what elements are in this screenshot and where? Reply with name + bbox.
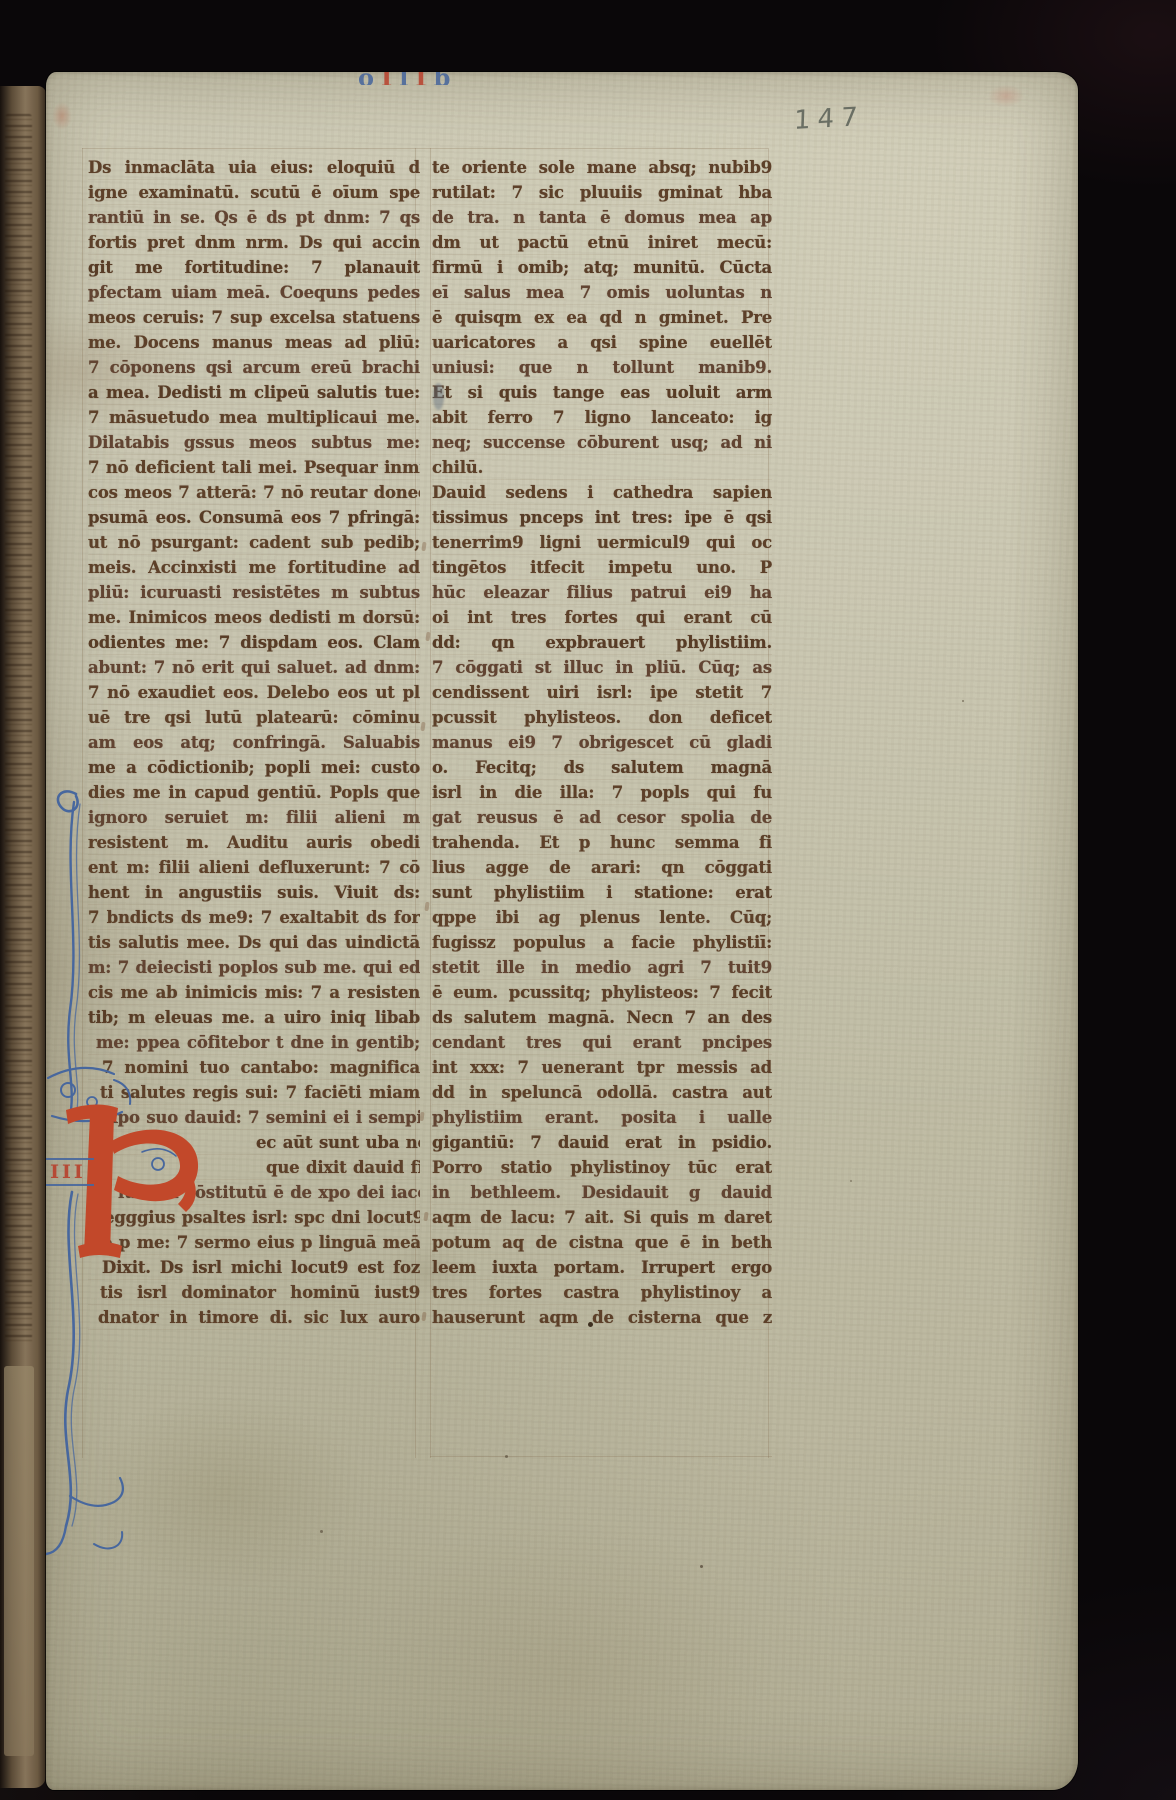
manuscript-text-line: oi int tres fortes qui erant cū (432, 605, 772, 630)
ruling-line (430, 1456, 772, 1457)
manuscript-text-line: tis salutis mee. Ds qui das uindictā (88, 930, 420, 955)
manuscript-text-line: Dixit. Ds isrl michi locut9 est foz (88, 1255, 420, 1280)
manuscript-text-line: phylistiim erant. posita i ualle (432, 1105, 772, 1130)
running-title-letter: o (358, 72, 381, 85)
manuscript-text-line: 7 nō exaudiet eos. Delebo eos ut pl (88, 680, 420, 705)
offset-mark (424, 902, 429, 911)
manuscript-text-line: lius agge de arari: qn cōggati (432, 855, 772, 880)
book-fore-edge (0, 86, 46, 1788)
manuscript-text-line: ec aūt sunt uba nouissima a (88, 1130, 420, 1155)
manuscript-text-line: odientes me: 7 dispdam eos. Clam (88, 630, 420, 655)
speck (320, 1530, 323, 1533)
manuscript-text-line: xpo suo dauid: 7 semini ei i sempit. (88, 1105, 420, 1130)
manuscript-text-line: pliū: icuruasti resistētes m subtus (88, 580, 420, 605)
manuscript-text-line: dd in speluncā odollā. castra aut (432, 1080, 772, 1105)
manuscript-text-line: hent in angustiis suis. Viuit ds: (88, 880, 420, 905)
offset-mark (419, 1112, 424, 1121)
manuscript-text-line: trahenda. Et p hunc semma fi (432, 830, 772, 855)
manuscript-text-line: me: ppea cōfitebor t dne in gentib; (88, 1030, 420, 1055)
manuscript-text-line: psumā eos. Consumā eos 7 pfringā: (88, 505, 420, 530)
manuscript-text-line: uaricatores a qsi spine euellēt (432, 330, 772, 355)
manuscript-text-line: me a cōdictionib; popli mei: custo (88, 755, 420, 780)
manuscript-text-line: iur cui cōstitutū ē de xpo dei iacob: (88, 1180, 420, 1205)
manuscript-text-line: eī salus mea 7 omis uoluntas n (432, 280, 772, 305)
manuscript-text-line: sunt phylistiim i statione: erat (432, 880, 772, 905)
manuscript-text-line: 7 nō deficient tali mei. Psequar inmi (88, 455, 420, 480)
manuscript-text-line: igne examinatū. scutū ē oīum spe (88, 180, 420, 205)
manuscript-text-line: neq; succense cōburent usq; ad ni (432, 430, 772, 455)
manuscript-text-line: resistent m. Auditu auris obedi (88, 830, 420, 855)
ruling-line (430, 148, 431, 1458)
manuscript-photo: oIlIb 147 Ds inmaclāta uia eius: eloquiū… (0, 0, 1176, 1800)
manuscript-text-line: tingētos itfecit impetu uno. P (432, 555, 772, 580)
manuscript-text-line: me. Inimicos meos dedisti m dorsū: (88, 605, 420, 630)
manuscript-text-line: Ds inmaclāta uia eius: eloquiū d (88, 155, 420, 180)
fore-edge-text-shadow (5, 114, 32, 1344)
manuscript-text-line: ē eum. pcussitq; phylisteos: 7 fecit (432, 980, 772, 1005)
fore-edge-blank (4, 1366, 34, 1756)
manuscript-text-line: rantiū in se. Qs ē ds pt dnm: 7 qs (88, 205, 420, 230)
manuscript-text-line: que dixit dauid fili9 ysai. Dix (88, 1155, 420, 1180)
manuscript-text-line: m: 7 deiecisti poplos sub me. qui edu (88, 955, 420, 980)
manuscript-text-line: ignoro seruiet m: filii alieni m (88, 805, 420, 830)
manuscript-text-line: pfectam uiam meā. Coequns pedes (88, 280, 420, 305)
manuscript-text-line: stetit ille in medio agri 7 tuit9 (432, 955, 772, 980)
parchment-page: oIlIb 147 Ds inmaclāta uia eius: eloquiū… (46, 72, 1078, 1790)
running-title-fragment: oIlIb (358, 72, 457, 85)
manuscript-text-line: rutilat: 7 sic pluuiis gminat hba (432, 180, 772, 205)
manuscript-text-line: cendant tres qui erant pncipes (432, 1030, 772, 1055)
manuscript-text-line: potum aq de cistna que ē in beth (432, 1230, 772, 1255)
manuscript-text-line: am eos atq; confringā. Saluabis (88, 730, 420, 755)
manuscript-text-line: firmū i omib; atq; munitū. Cūcta (432, 255, 772, 280)
manuscript-text-line: cis me ab inimicis mis: 7 a resisten (88, 980, 420, 1005)
manuscript-text-line: 7 cōggati st illuc in pliū. Cūq; as (432, 655, 772, 680)
manuscript-text-line: ti salutes regis sui: 7 faciēti miam (88, 1080, 420, 1105)
manuscript-text-line: aqm de lacu: 7 ait. Si quis m daret (432, 1205, 772, 1230)
folio-number: 147 (794, 102, 866, 136)
manuscript-text-line: cos meos 7 atterā: 7 nō reutar donec (88, 480, 420, 505)
manuscript-text-line: tenerrim9 ligni uermicul9 qui oc (432, 530, 772, 555)
manuscript-text-line: Porro statio phylistinoy tūc erat (432, 1155, 772, 1180)
speck (505, 1455, 508, 1458)
running-title-letter: b (434, 72, 458, 85)
speck (850, 1180, 852, 1182)
offset-mark (421, 1312, 426, 1321)
manuscript-text-line: ut nō psurgant: cadent sub pedib; (88, 530, 420, 555)
ruling-line (82, 148, 83, 1458)
manuscript-text-line: fugissz populus a facie phylistiī: (432, 930, 772, 955)
manuscript-text-line: cendissent uiri isrl: ipe stetit 7 (432, 680, 772, 705)
ruling-line (82, 148, 768, 149)
text-column-left: Ds inmaclāta uia eius: eloquiū digne exa… (88, 155, 420, 1330)
running-title-letter: I (415, 72, 433, 85)
manuscript-text-line: gigantiū: 7 dauid erat in psidio. (432, 1130, 772, 1155)
manuscript-text-line: tib; m eleuas me. a uiro iniq libab (88, 1005, 420, 1030)
chapter-ornament: III (46, 1158, 94, 1186)
running-title-letter: l (399, 72, 415, 85)
manuscript-text-line: uniusi: que n tollunt manib9. (432, 355, 772, 380)
manuscript-text-line: uē tre qsi lutū platearū: cōminu (88, 705, 420, 730)
offset-mark (425, 632, 430, 641)
offset-mark (421, 542, 426, 551)
text-column-right: te oriente sole mane absq; nubib9rutilat… (432, 155, 772, 1330)
manuscript-text-line: dies me in capud gentiū. Popls que (88, 780, 420, 805)
manuscript-text-line: te oriente sole mane absq; nubib9 (432, 155, 772, 180)
manuscript-text-line: tres fortes castra phylistinoy a (432, 1280, 772, 1305)
manuscript-text-line: abunt: 7 nō erit qui saluet. ad dnm: (88, 655, 420, 680)
manuscript-text-line: me. Docens manus meas ad pliū: (88, 330, 420, 355)
manuscript-text-line: meos ceruis: 7 sup excelsa statuens (88, 305, 420, 330)
offset-mark (420, 722, 425, 731)
manuscript-text-line: Et si quis tange eas uoluit arm (432, 380, 772, 405)
manuscript-text-line: 7 nomini tuo cantabo: magnifica (88, 1055, 420, 1080)
manuscript-text-line: ent m: filii alieni defluxerunt: 7 cō (88, 855, 420, 880)
manuscript-text-line: fortis pret dnm nrm. Ds qui accin (88, 230, 420, 255)
manuscript-text-line: isrl in die illa: 7 popls qui fu (432, 780, 772, 805)
manuscript-text-line: dm ut pactū etnū iniret mecū: (432, 230, 772, 255)
manuscript-text-line: hauserunt aqm de cisterna que z (432, 1305, 772, 1330)
manuscript-text-line: manus ei9 7 obrigescet cū gladi (432, 730, 772, 755)
manuscript-text-line: gat reusus ē ad cesor spolia de (432, 805, 772, 830)
manuscript-text-line: ē quisqm ex ea qd n gminet. Pre (432, 305, 772, 330)
manuscript-text-line: leem iuxta portam. Irrupert ergo (432, 1255, 772, 1280)
manuscript-text-line: git me fortitudine: 7 planauit (88, 255, 420, 280)
manuscript-text-line: pcussit phylisteos. don deficet (432, 705, 772, 730)
running-title-letter: I (381, 72, 399, 85)
manuscript-text-line: chilū. (432, 455, 772, 480)
manuscript-text-line: hūc eleazar filius patrui ei9 ha (432, 580, 772, 605)
manuscript-text-line: ē p me: 7 sermo eius p linguā meā. (88, 1230, 420, 1255)
manuscript-text-line: Dauid sedens i cathedra sapien (432, 480, 772, 505)
manuscript-text-line: abit ferro 7 ligno lanceato: ig (432, 405, 772, 430)
manuscript-text-line: tis isrl dominator hominū iust9 (88, 1280, 420, 1305)
manuscript-text-line: egggius psaltes isrl: spc dni locut9 (88, 1205, 420, 1230)
manuscript-text-line: qppe ibi ag plenus lente. Cūq; (432, 905, 772, 930)
manuscript-text-line: 7 māsuetudo mea multiplicaui me. (88, 405, 420, 430)
manuscript-text-line: a mea. Dedisti m clipeū salutis tue: (88, 380, 420, 405)
manuscript-text-line: in bethleem. Desidauit g dauid (432, 1180, 772, 1205)
manuscript-text-line: dnator in timore di. sic lux auro (88, 1305, 420, 1330)
manuscript-text-line: 7 cōponens qsi arcum ereū brachi (88, 355, 420, 380)
offset-mark (423, 1212, 428, 1221)
manuscript-text-line: int xxx: 7 uenerant tpr messis ad (432, 1055, 772, 1080)
manuscript-text-line: ds salutem magnā. Necn 7 an des (432, 1005, 772, 1030)
manuscript-text-line: tissimus pnceps int tres: ipe ē qsi (432, 505, 772, 530)
manuscript-text-line: Dilatabis gssus meos subtus me: (88, 430, 420, 455)
manuscript-text-line: o. Fecitq; ds salutem magnā (432, 755, 772, 780)
manuscript-text-line: 7 bndicts ds me9: 7 exaltabit ds for (88, 905, 420, 930)
speck (962, 700, 964, 702)
manuscript-text-line: dd: qn expbrauert phylistiim. (432, 630, 772, 655)
manuscript-text-line: meis. Accinxisti me fortitudine ad (88, 555, 420, 580)
speck (700, 1565, 703, 1568)
manuscript-text-line: de tra. n tanta ē domus mea ap (432, 205, 772, 230)
